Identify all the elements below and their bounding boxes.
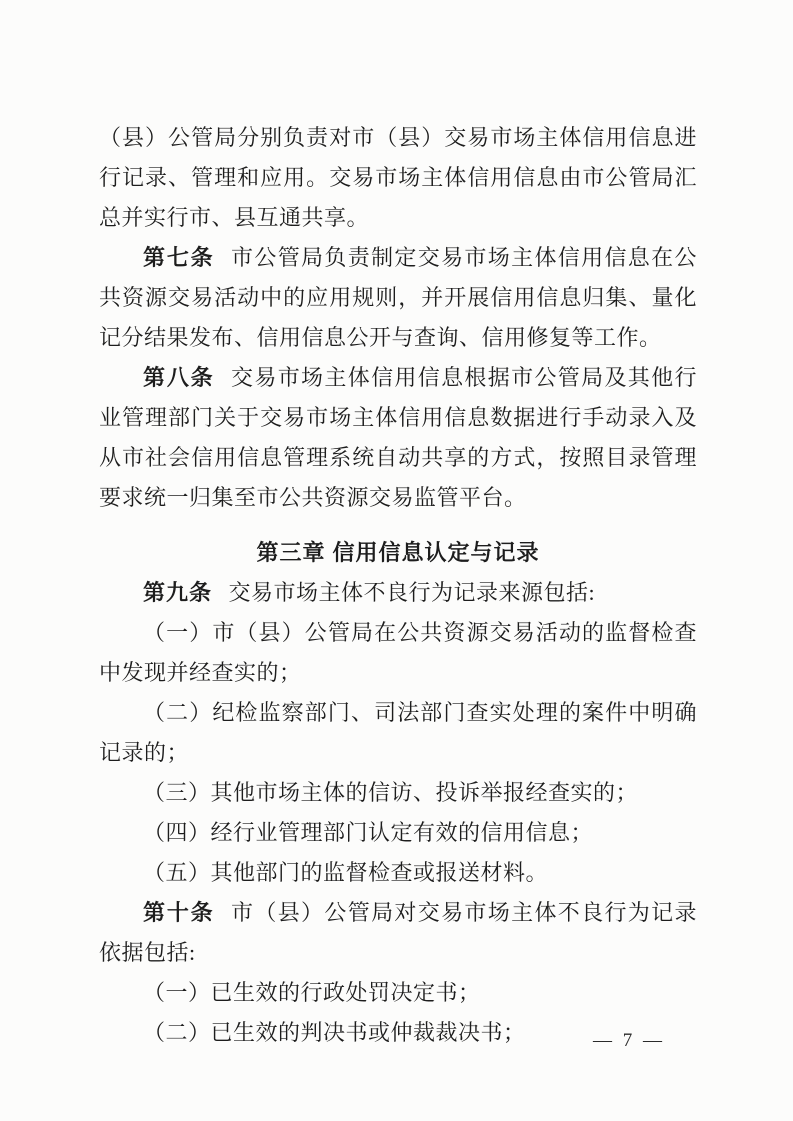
page-number: — 7 — xyxy=(593,1030,665,1052)
article-7-term: 第七条 xyxy=(143,245,215,270)
article-10-item-1: （一）已生效的行政处罚决定书； xyxy=(99,973,697,1013)
document-page: （县）公管局分别负责对市（县）交易市场主体信用信息进行记录、管理和应用。交易市场… xyxy=(0,0,793,1121)
article-7: 第七条市公管局负责制定交易市场主体信用信息在公共资源交易活动中的应用规则，并开展… xyxy=(99,238,697,358)
continued-paragraph: （县）公管局分别负责对市（县）交易市场主体信用信息进行记录、管理和应用。交易市场… xyxy=(99,118,697,238)
article-9-item-2: （二）纪检监察部门、司法部门查实处理的案件中明确记录的； xyxy=(99,693,697,773)
article-9-item-5: （五）其他部门的监督检查或报送材料。 xyxy=(99,853,697,893)
article-9-item-1: （一）市（县）公管局在公共资源交易活动的监督检查中发现并经查实的； xyxy=(99,613,697,693)
article-8-term: 第八条 xyxy=(143,365,215,390)
article-10-term: 第十条 xyxy=(143,900,215,925)
article-9-item-3: （三）其他市场主体的信访、投诉举报经查实的； xyxy=(99,773,697,813)
article-10: 第十条市（县）公管局对交易市场主体不良行为记录依据包括: xyxy=(99,893,697,973)
article-9: 第九条交易市场主体不良行为记录来源包括: xyxy=(99,573,697,613)
document-body: （县）公管局分别负责对市（县）交易市场主体信用信息进行记录、管理和应用。交易市场… xyxy=(99,118,697,1053)
article-9-term: 第九条 xyxy=(143,580,212,605)
article-9-item-4: （四）经行业管理部门认定有效的信用信息； xyxy=(99,813,697,853)
article-9-text: 交易市场主体不良行为记录来源包括: xyxy=(229,580,596,605)
article-8: 第八条交易市场主体信用信息根据市公管局及其他行业管理部门关于交易市场主体信用信息… xyxy=(99,358,697,518)
chapter-3-heading: 第三章 信用信息认定与记录 xyxy=(99,533,697,573)
